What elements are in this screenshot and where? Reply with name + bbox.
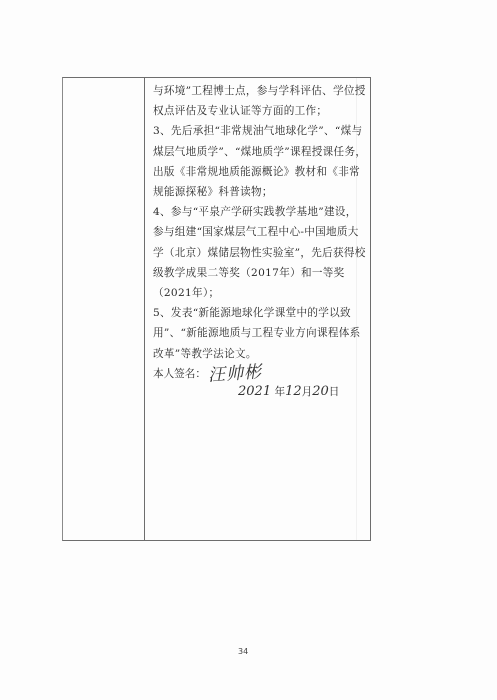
signature-row: 本人签名： 汪帅彬 [153,364,367,384]
paragraph-1: 与环境”工程博士点，参与学科评估、学位授权点评估及专业认证等方面的工作； [153,81,367,121]
table-left-column [63,78,145,540]
date-month: 12 [285,384,302,399]
paragraph-4: 5、发表“新能源地球化学课堂中的学以致用”、“新能源地质与工程专业方向课程体系改… [153,303,367,364]
signature-label: 本人签名： [153,364,206,384]
paragraph-3: 4、参与“平泉产学研实践教学基地”建设，参与组建“国家煤层气工程中心-中国地质大… [153,202,367,303]
paragraph-2: 3、先后承担“非常规油气地球化学”、“煤与煤层气地质学”、“煤地质学”课程授课任… [153,121,367,202]
table-content-cell: 与环境”工程博士点，参与学科评估、学位授权点评估及专业认证等方面的工作； 3、先… [153,81,367,402]
date-year: 2021 [238,384,271,399]
date-year-suffix: 年 [274,386,285,398]
date-day-suffix: 日 [329,386,340,398]
form-table: 与环境”工程博士点，参与学科评估、学位授权点评估及专业认证等方面的工作； 3、先… [62,77,371,541]
handwritten-signature: 汪帅彬 [207,362,262,386]
page-number: 34 [238,647,248,656]
date-month-suffix: 月 [302,386,313,398]
signature-date: 2021 年12月20日 [238,382,367,402]
document-page: 与环境”工程博士点，参与学科评估、学位授权点评估及专业认证等方面的工作； 3、先… [0,0,497,700]
date-day: 20 [312,384,329,399]
